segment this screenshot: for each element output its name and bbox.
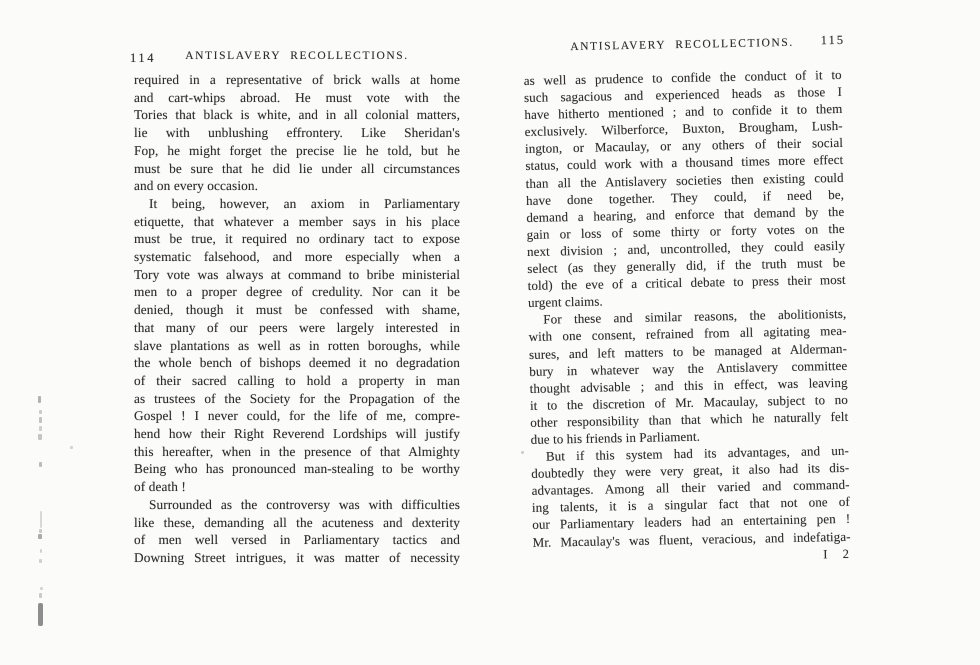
text-line: men to a proper degree of credulity. Nor… (134, 283, 460, 301)
text-line: Surrounded as the controversy was with d… (134, 496, 460, 514)
text-line: the whole bench of bishops deemed it no … (134, 354, 460, 372)
text-line: required in a representative of brick wa… (134, 71, 460, 89)
page-114: 114 ANTISLAVERY RECOLLECTIONS. required … (134, 50, 460, 567)
running-header-left: 114 ANTISLAVERY RECOLLECTIONS. (134, 50, 460, 64)
book-scan-spread: { "colors": { "paper": "#fbfbfa", "ink":… (0, 0, 980, 665)
scan-artifact (38, 534, 42, 539)
scan-artifact (70, 446, 73, 449)
scan-artifact (39, 559, 42, 563)
text-line: denied, though it must be confessed with… (134, 301, 460, 319)
running-title: ANTISLAVERY RECOLLECTIONS. (523, 36, 841, 54)
text-line: Being who has pronounced man-stealing to… (134, 460, 460, 478)
scan-artifact (40, 511, 42, 528)
text-line: etiquette, that whatever a member says i… (134, 213, 460, 231)
scan-artifact (38, 434, 42, 440)
scan-artifact (38, 603, 43, 626)
text-line: must be sure that he did lie under all c… (134, 160, 460, 178)
scan-artifact (40, 549, 42, 553)
text-line: of their sacred calling to hold a proper… (134, 372, 460, 390)
scan-artifact (39, 462, 42, 467)
running-title: ANTISLAVERY RECOLLECTIONS. (134, 50, 460, 62)
text-line: Tory vote was always at command to bribe… (134, 266, 460, 284)
scan-artifact (39, 417, 42, 423)
scan-artifact (39, 410, 42, 414)
text-line: must be true, it required no ordinary ta… (134, 230, 460, 248)
right-page-text: as well as prudence to confide the condu… (524, 66, 851, 551)
text-line: systematic falsehood, and more especiall… (134, 248, 460, 266)
text-line: this hereafter, when in the presence of … (134, 443, 460, 461)
text-line: and cart-whips abroad. He must vote with… (134, 89, 460, 107)
text-line: like these, demanding all the acuteness … (134, 514, 460, 532)
text-line: Downing Street intrigues, it was matter … (134, 549, 460, 567)
scan-artifact (38, 396, 41, 403)
text-line: of death ! (134, 478, 460, 496)
text-line: as trustees of the Society for the Propa… (134, 390, 460, 408)
running-header-right: ANTISLAVERY RECOLLECTIONS. 115 (523, 36, 841, 56)
text-line: Tories that black is white, and in all c… (134, 106, 460, 124)
page-number: 115 (821, 33, 846, 48)
scan-artifact (40, 587, 43, 590)
scan-artifact (39, 426, 42, 431)
scan-artifact (39, 529, 42, 533)
left-page-text: required in a representative of brick wa… (134, 71, 460, 567)
text-line: slave plantations as well as in rotten b… (134, 337, 460, 355)
text-line: of men well versed in Parliamentary tact… (134, 531, 460, 549)
text-line: that many of our peers were largely inte… (134, 319, 460, 337)
text-line: Fop, he might forget the precise lie he … (134, 142, 460, 160)
scan-artifact (521, 451, 524, 454)
text-line: Gospel ! I never could, for the life of … (134, 407, 460, 425)
text-line: It being, however, an axiom in Parliamen… (134, 195, 460, 213)
page-115: ANTISLAVERY RECOLLECTIONS. 115 as well a… (523, 36, 851, 568)
text-line: lie with unblushing effrontery. Like She… (134, 124, 460, 142)
text-line: hend how their Right Reverend Lordships … (134, 425, 460, 443)
scan-artifact (39, 593, 42, 598)
text-line: and on every occasion. (134, 177, 460, 195)
